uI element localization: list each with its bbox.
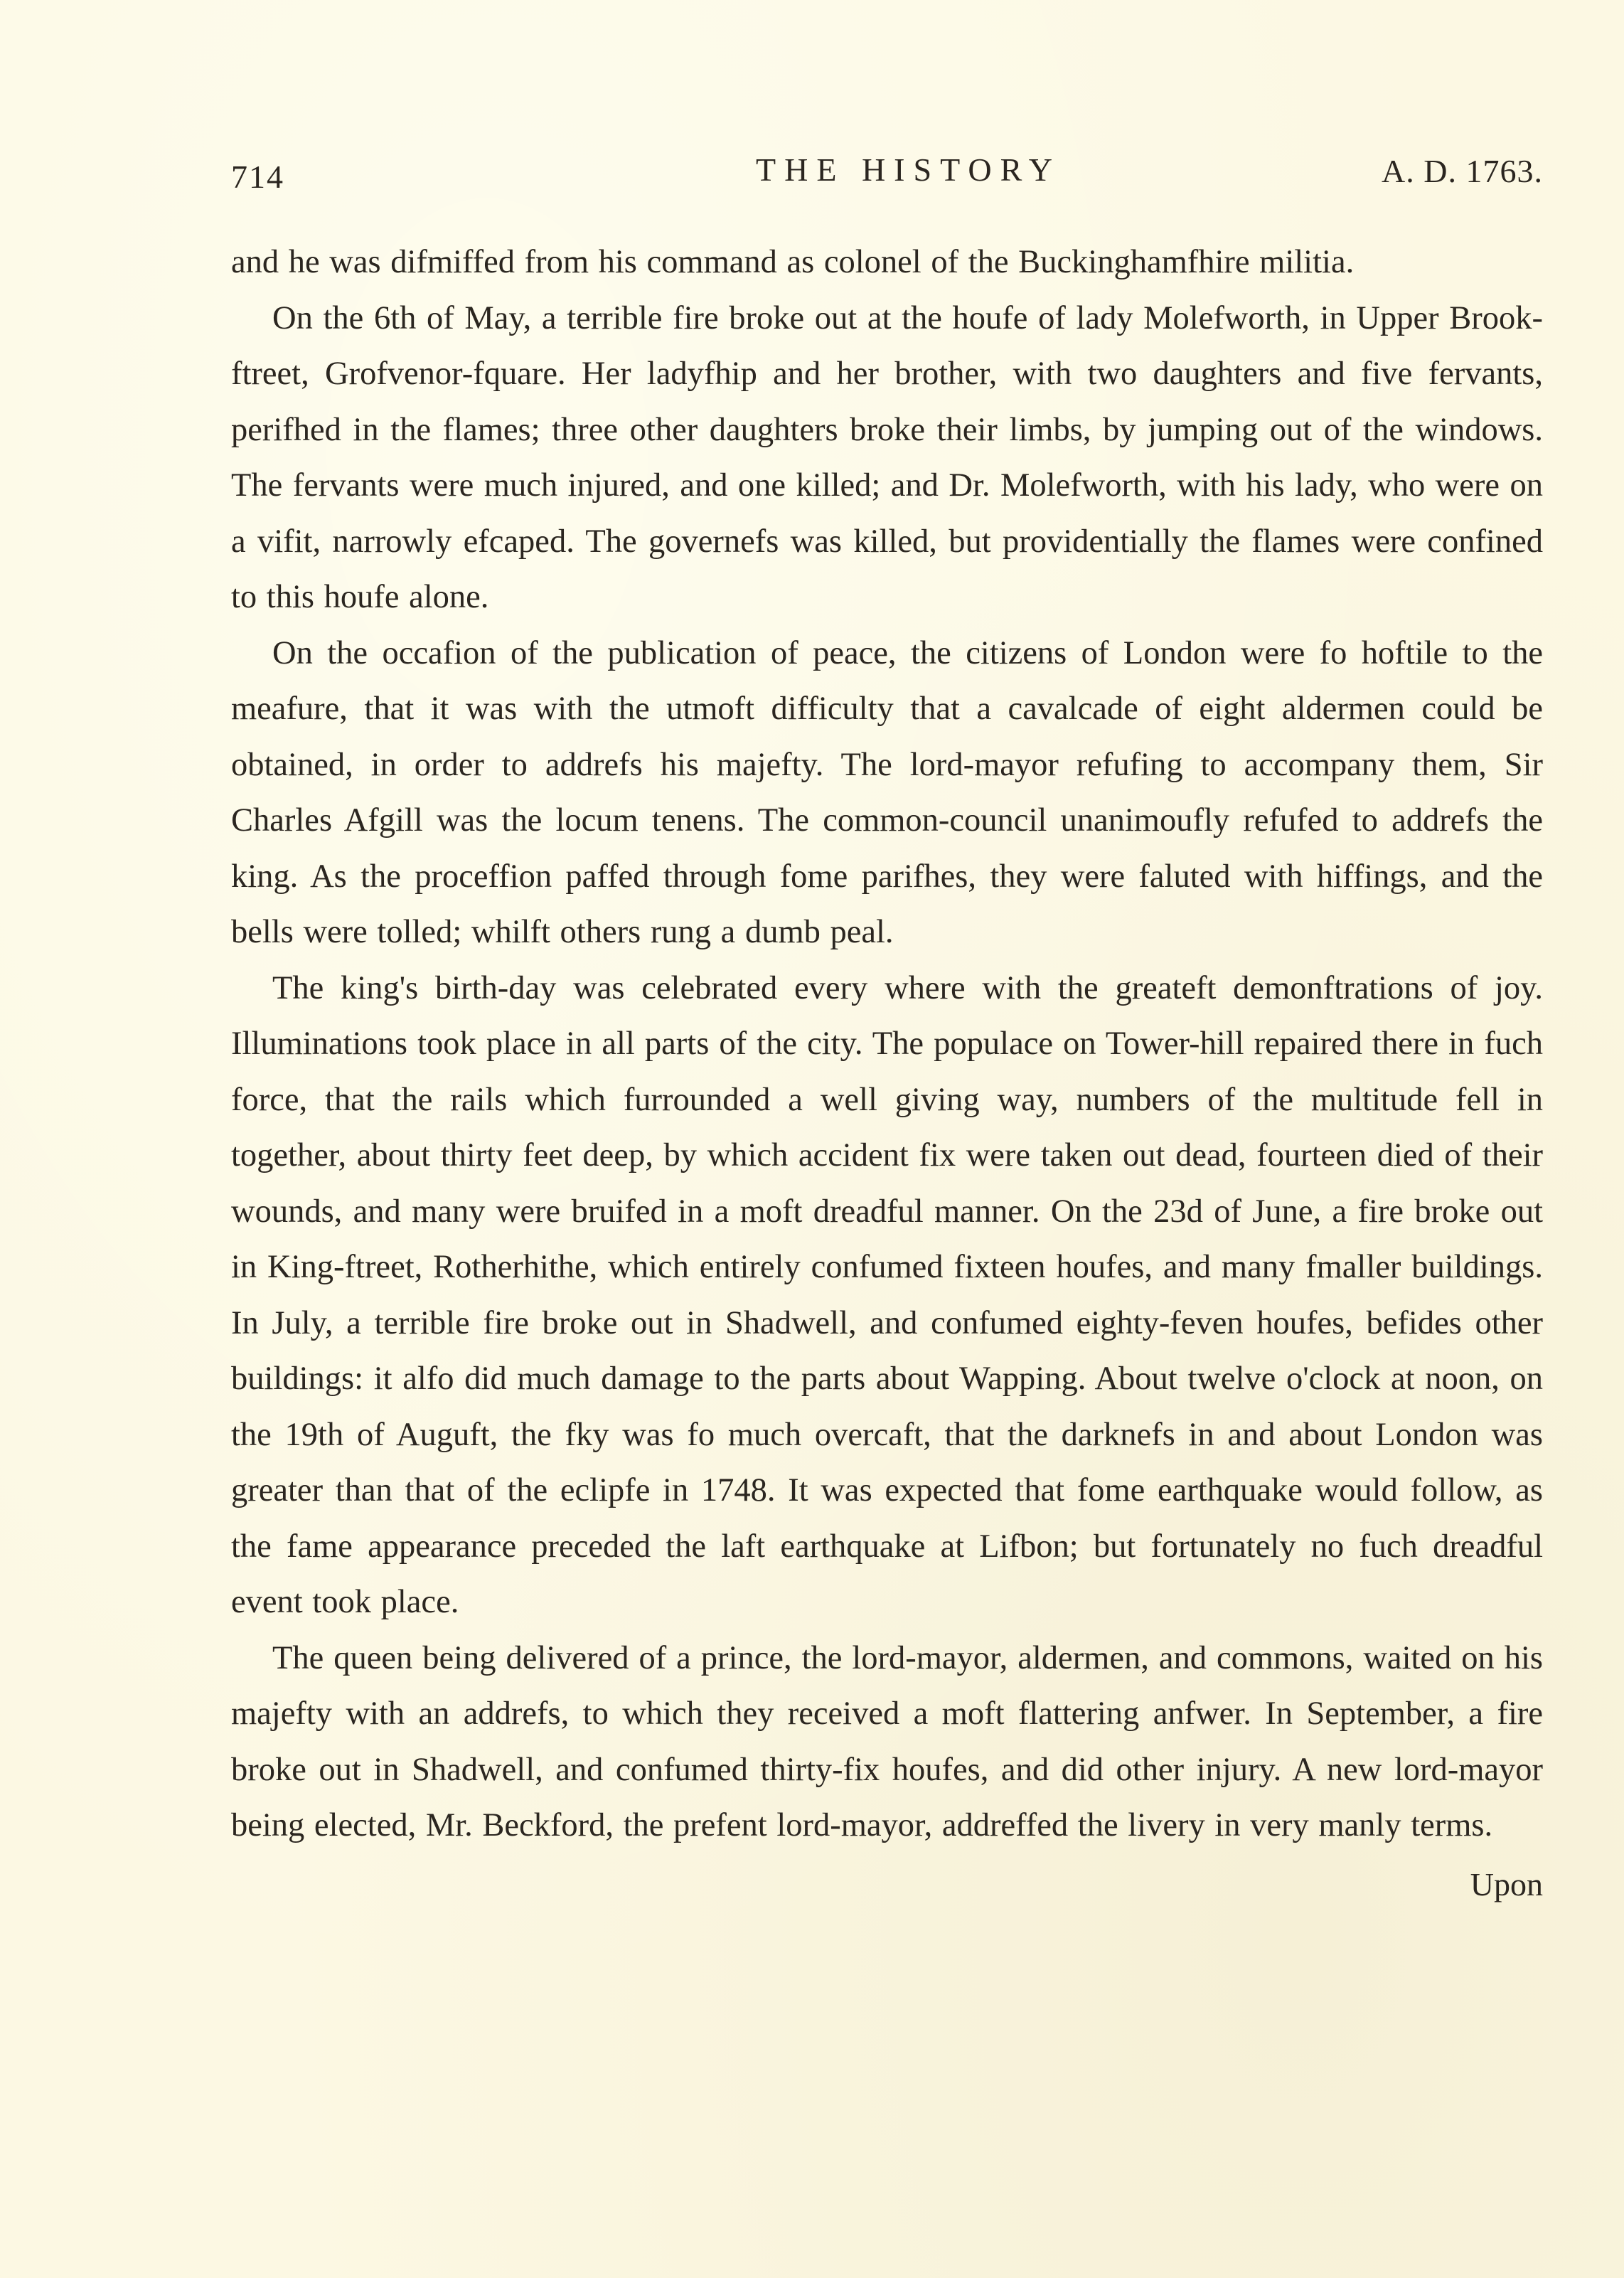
- book-page: 714 THE HISTORY A. D. 1763. and he was d…: [231, 142, 1543, 1912]
- paragraph-peace-publication: On the occafion of the publication of pe…: [231, 626, 1543, 961]
- running-year: A. D. 1763.: [1382, 152, 1543, 190]
- paragraph-molesworth-fire: On the 6th of May, a terrible fire broke…: [231, 291, 1543, 626]
- body-text: and he was difmiffed from his command as…: [231, 235, 1543, 1854]
- catchword: Upon: [231, 1857, 1543, 1912]
- paragraph-kings-birthday: The king's birth-day was celebrated ever…: [231, 961, 1543, 1631]
- running-title: THE HISTORY: [231, 151, 1543, 188]
- running-head: 714 THE HISTORY A. D. 1763.: [231, 142, 1543, 206]
- paragraph-continued: and he was difmiffed from his command as…: [231, 235, 1543, 291]
- paragraph-queen-prince: The queen being delivered of a prince, t…: [231, 1631, 1543, 1854]
